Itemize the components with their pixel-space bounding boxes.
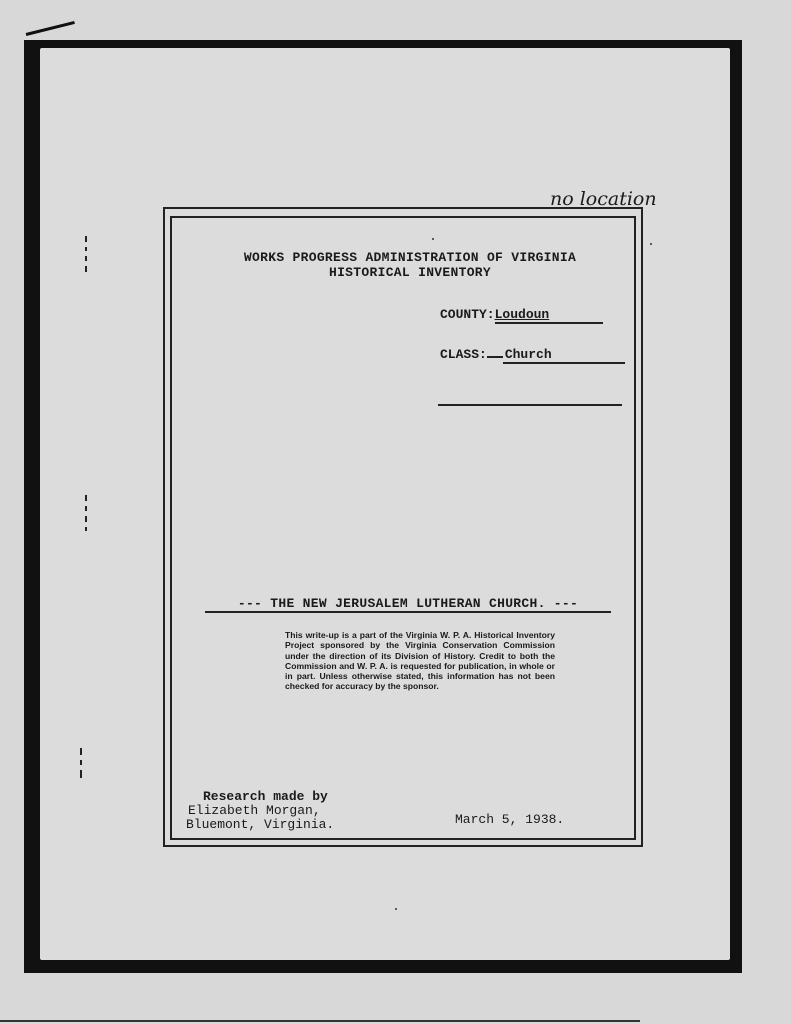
scan-bottom-edge	[0, 1020, 640, 1022]
county-label: COUNTY:	[440, 307, 495, 322]
scan-speck	[432, 238, 434, 240]
document-title: --- THE NEW JERUSALEM LUTHERAN CHURCH. -…	[205, 596, 611, 611]
binder-hole-marks-bottom	[80, 748, 83, 783]
class-field: CLASS:Church	[440, 347, 625, 364]
header-line-1: WORKS PROGRESS ADMINISTRATION OF VIRGINI…	[170, 250, 650, 265]
disclaimer-text: This write-up is a part of the Virginia …	[285, 630, 555, 692]
county-value: Loudoun	[495, 307, 603, 324]
scan-speck	[395, 908, 397, 910]
binder-hole-marks-top	[85, 236, 88, 277]
handwritten-note: no location	[550, 188, 657, 210]
researcher-location: Bluemont, Virginia.	[186, 818, 334, 832]
document-date: March 5, 1938.	[455, 812, 564, 827]
binder-hole-marks-middle	[85, 495, 88, 536]
form-header: WORKS PROGRESS ADMINISTRATION OF VIRGINI…	[170, 250, 650, 280]
research-credit: Research made by Elizabeth Morgan, Bluem…	[186, 790, 334, 832]
scan-corner-mark	[26, 21, 75, 36]
class-value: Church	[503, 347, 625, 364]
research-label: Research made by	[186, 790, 334, 804]
researcher-name: Elizabeth Morgan,	[186, 804, 334, 818]
blank-field-line	[438, 404, 622, 406]
scan-speck	[650, 243, 652, 245]
title-underline	[205, 611, 611, 613]
class-label: CLASS:	[440, 347, 487, 362]
class-underline-lead	[487, 356, 503, 358]
county-field: COUNTY:Loudoun	[440, 307, 603, 324]
header-line-2: HISTORICAL INVENTORY	[170, 265, 650, 280]
